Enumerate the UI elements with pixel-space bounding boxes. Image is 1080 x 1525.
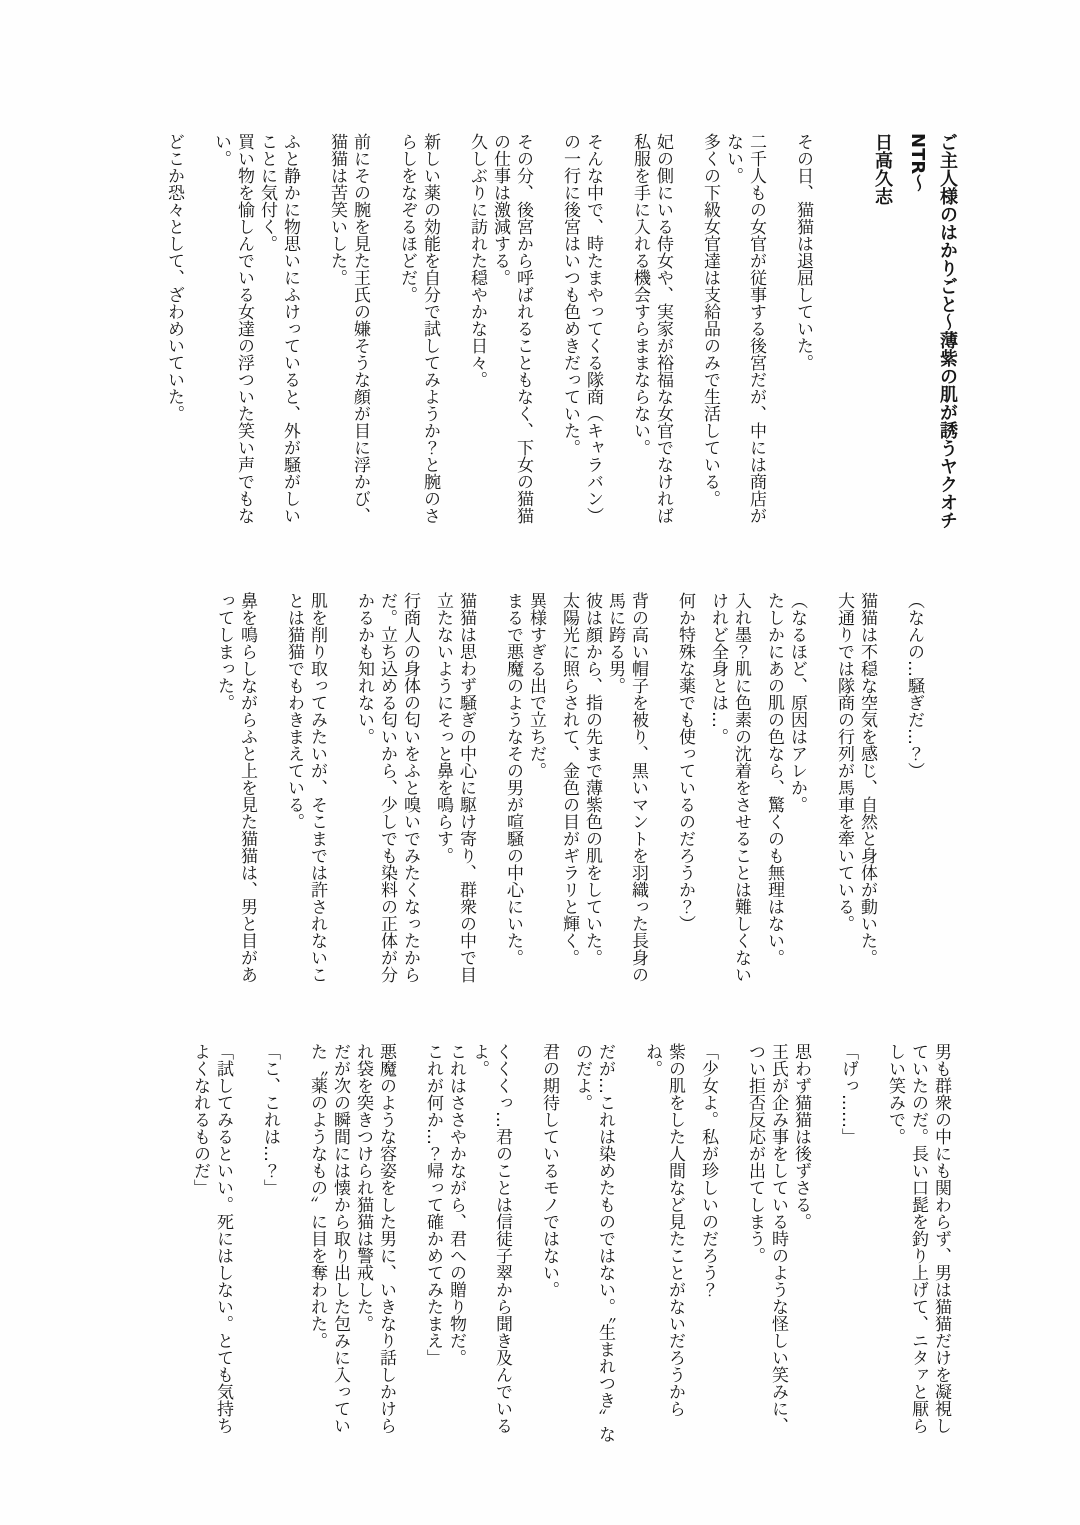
paragraph: だが…これは染めたものではない。〝生まれつき〟なのだよ。 [570,1043,616,1443]
paragraph: 新しい薬の効能を自分で試してみようか？と腕のさらしをなぞるほどだ。 [395,133,441,533]
page: ご主人様のはかりごと～薄紫の肌が誘うヤクオチNTR～ 日高久志 その日、猫猫は退… [0,0,1080,1525]
paragraph: 猫猫は思わず騒ぎの中心に駆け寄り、群衆の中で目立たないようにそっと鼻を鳴らす。 [431,592,477,992]
paragraph: 男も群衆の中にも関わらず、男は猫猫だけを凝視していたのだ。長い口髭を釣り上げて、… [883,1043,952,1443]
paragraph: 太陽光に照らされて、金色の目がギラリと輝く。 [557,592,580,992]
paragraph: そんな中で、時たまやってくる隊商（キャラバン）の一行に後宮はいつも色めきだってい… [558,133,604,533]
paragraph: （なるほど、原因はアレか。 [785,592,808,992]
paragraph: 王氏が企み事をしている時のような怪しい笑みに、つい拒否反応が出てしまう。 [743,1043,789,1443]
paragraph: 行商人の身体の匂いをふと嗅いでみたくなったからだ。立ち込める匂いから、少しでも染… [352,592,421,992]
paragraph: 入れ墨？肌に色素の沈着をさせることは難しくないけれど全身とは…。 [706,592,752,992]
paragraph: 買い物を愉しんでいる女達の浮ついた笑い声でもない。 [209,133,255,533]
author-name: 日高久志 [870,133,894,533]
paragraph: くくくっ…君のことは信徒子翠から聞き及んでいるよ。 [467,1043,513,1443]
paragraph: 異様すぎる出で立ちだ。 [524,592,547,992]
paragraph: 大通りでは隊商の行列が馬車を牽いている。 [832,592,855,992]
paragraph: ふと静かに物思いにふけっていると、外が騒がしいことに気付く。 [255,133,301,533]
paragraph: 背の高い帽子を被り、黒いマントを羽織った長身の馬に跨る男。 [603,592,649,992]
paragraph: その日、猫猫は退屈していた。 [791,133,814,533]
paragraph: 二千人もの女官が従事する後宮だが、中には商店がない。 [721,133,767,533]
paragraph: 紫の肌をした人間など見たことがないだろうからね。 [640,1043,686,1443]
paragraph: たしかにあの肌の色なら、驚くのも無理はない。 [762,592,785,992]
paragraph: 猫猫は不穏な空気を感じ、自然と身体が動いた。 [855,592,878,992]
paragraph: これはささやかながら、君への贈り物だ。 [444,1043,467,1443]
paragraph: 思わず猫猫は後ずさる。 [789,1043,812,1443]
doujin-title: ご主人様のはかりごと～薄紫の肌が誘うヤクオチNTR～ [902,133,962,533]
text-block-bottom: 男も群衆の中にも関わらず、男は猫猫だけを凝視していたのだ。長い口髭を釣り上げて、… [188,1043,952,1443]
paragraph: 「こ、これは…？」 [258,1043,281,1443]
paragraph: 彼は顔から、指の先まで薄紫色の肌をしていた。 [580,592,603,992]
paragraph: どこか恐々として、ざわめいていた。 [162,133,185,533]
paragraph: 久しぶりに訪れた穏やかな日々。 [465,133,488,533]
text-block-middle: （なんの…騒ぎだ…？） 猫猫は不穏な空気を感じ、自然と身体が動いた。 大通りでは… [212,592,925,992]
paragraph: まるで悪魔のようなその男が喧騒の中心にいた。 [501,592,524,992]
paragraph: 「少女よ。私が珍しいのだろう？ [696,1043,719,1443]
paragraph: その分、後宮から呼ばれることもなく、下女の猫猫の仕事は激減する。 [488,133,534,533]
paragraph: 前にその腕を見た王氏の嫌そうな顔が目に浮かび、猫猫は苦笑いした。 [325,133,371,533]
paragraph: 「試してみるといい。死にはしない。とても気持ちよくなれるものだ」 [188,1043,234,1443]
text-block-top: ご主人様のはかりごと～薄紫の肌が誘うヤクオチNTR～ 日高久志 その日、猫猫は退… [162,133,962,533]
paragraph: 悪魔のような容姿をした男に、いきなり話しかけられ袋を突きつけられ猫猫は警戒した。 [351,1043,397,1443]
paragraph: 何か特殊な薬でも使っているのだろうか？） [673,592,696,992]
paragraph: 多くの下級女官達は支給品のみで生活している。 [698,133,721,533]
paragraph: だが次の瞬間には懐から取り出した包みに入っていた〝薬のようなもの〟に目を奪われた… [305,1043,351,1443]
paragraph: 君の期待しているモノではない。 [537,1043,560,1443]
paragraph: （なんの…騒ぎだ…？） [902,592,925,992]
paragraph: 「げっ……」 [836,1043,859,1443]
paragraph: 肌を削り取ってみたいが、そこまでは許されないことは猫猫でもわきまえている。 [282,592,328,992]
paragraph: 鼻を鳴らしながらふと上を見た猫猫は、男と目があってしまった。 [212,592,258,992]
paragraph: 妃の側にいる侍女や、実家が裕福な女官でなければ私服を手に入れる機会すらままならな… [628,133,674,533]
paragraph: これが何か…？帰って確かめてみたまえ」 [421,1043,444,1443]
